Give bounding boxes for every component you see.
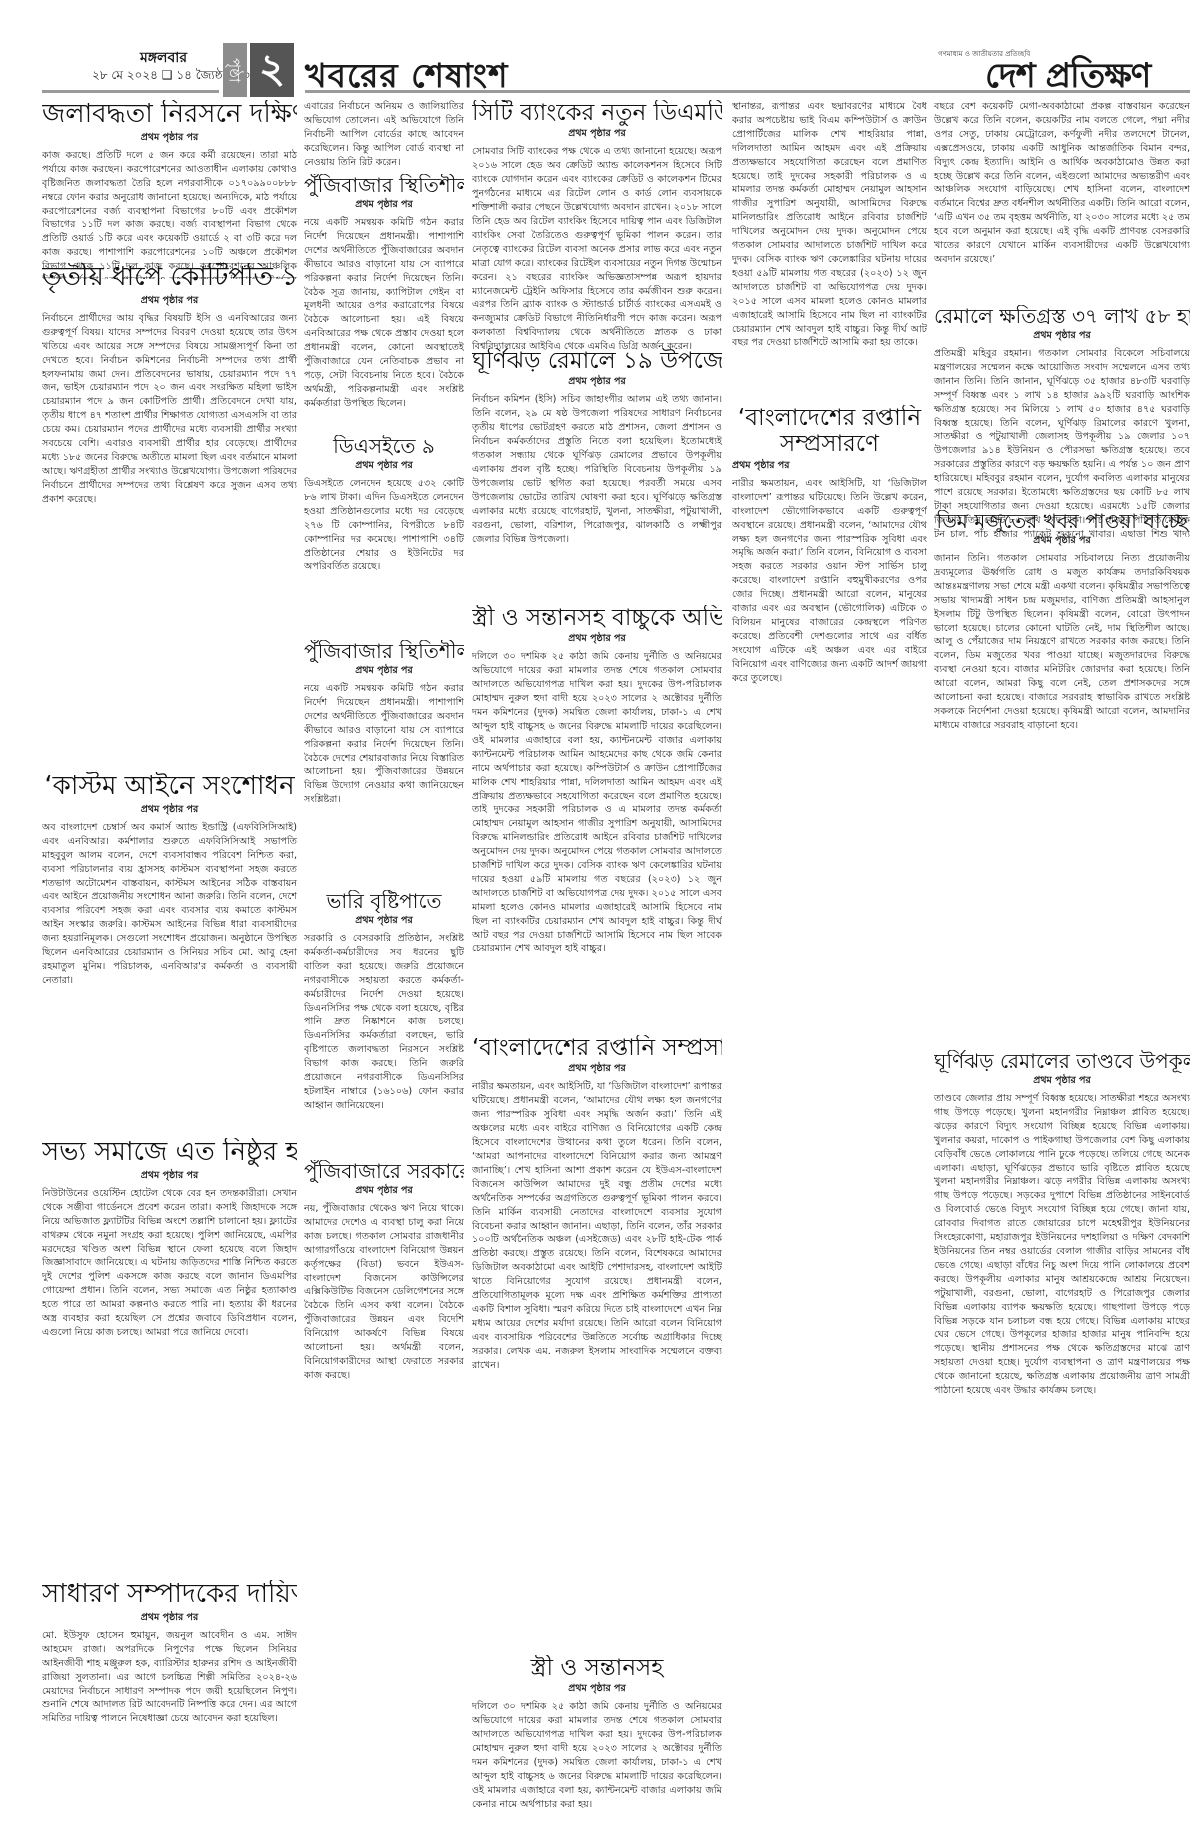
continued-label: প্রথম পৃষ্ঠার পর: [42, 1611, 297, 1626]
article-body: কাজ করছে। প্রতিটি দলে ৫ জন করে কর্মী রয়…: [42, 149, 297, 279]
continued-label: প্রথম পৃষ্ঠার পর: [42, 803, 297, 818]
article-body: নারীর ক্ষমতায়ন, এবং আইসিটি, যা ‘ডিজিটাল…: [732, 477, 927, 1797]
masthead: মঙ্গলবার ২৮ মে ২০২৪ ❑ ১৪ জ্যৈষ্ঠ ১৪৩১ পৃ…: [0, 0, 1200, 88]
article-body: নিউটাউনের ওয়েস্টিন হোটেল থেকে বের হন তদ…: [42, 1187, 297, 1572]
continued-label: প্রথম পৃষ্ঠার পর: [304, 664, 464, 679]
article-body: বছরে বেশ কয়েকটি মেগা-অবকাঠামো প্রকল্প ব…: [934, 100, 1190, 300]
section-title: খবরের শেষাংশ: [305, 50, 509, 106]
article-murder: সভ্য সমাজে এত নিষ্ঠুর হত্যাকাণ্ড হতে প্র…: [42, 1138, 297, 1572]
article-dsex: ডিএসইতে ৯ প্রথম পৃষ্ঠার পর ডিএসইতে লেনদে…: [304, 435, 464, 647]
article-body: দলিলে ৩০ দশমিক ২৫ কাঠা জমি কেনায় দুর্নী…: [472, 650, 722, 1070]
article-body: সরকারি ও বেসরকারি প্রতিষ্ঠান, সংশ্লিষ্ট …: [304, 932, 464, 1167]
masthead-rule-right: [305, 90, 1190, 93]
headline: ‘বাংলাদেশের রপ্তানি সম্প্রসারণে: [732, 405, 927, 458]
article-wife-children-2: স্ত্রী ও সন্তানসহ প্রথম পৃষ্ঠার পর দলিলে…: [472, 1655, 722, 1840]
article-body: তাণ্ডবে জেলার প্রায় সম্পূর্ণ বিধ্বস্ত হ…: [934, 1092, 1190, 1832]
headline: ঘূর্ণিঝড় রেমালের তাণ্ডবে উপকূল: [934, 1050, 1190, 1073]
headline: স্ত্রী ও সন্তানসহ: [472, 1655, 722, 1681]
headline: ডিএসইতে ৯: [304, 435, 464, 458]
article-heavy-rain: ভারি বৃষ্টিপাতে প্রথম পৃষ্ঠার পর সরকারি …: [304, 890, 464, 1167]
article-body: মো. ইউসুফ হোসেন হুমায়ুন, জয়নুল আবেদীন …: [42, 1629, 297, 1843]
article-body: ডিএসইতে লেনদেন হয়েছে ৫৩২ কোটি ৮৬ লাখ টা…: [304, 477, 464, 647]
article-city-bank: সিটি ব্যাংকের নতুন ডিএমডি প্রথম পৃষ্ঠার …: [472, 100, 722, 360]
headline: স্ত্রী ও সন্তানসহ বাচ্চুকে অভিযুক্ত: [472, 605, 722, 631]
article-body: দলিলে ৩০ দশমিক ২৫ কাঠা জমি কেনায় দুর্নী…: [472, 1700, 722, 1840]
continued-label: প্রথম পৃষ্ঠার পর: [472, 632, 722, 647]
continued-label: প্রথম পৃষ্ঠার পর: [472, 375, 722, 390]
newspaper-logo: দেশ প্রতিক্ষণ: [985, 50, 1150, 107]
continued-label: প্রথম পৃষ্ঠার পর: [934, 1074, 1190, 1089]
page-number: ২: [250, 43, 294, 97]
article-body: সোমবার সিটি ব্যাংকের পক্ষ থেকে এ তথ্য জা…: [472, 145, 722, 360]
continued-label: প্রথম পৃষ্ঠার পর: [472, 1062, 722, 1077]
masthead-rule-left: [42, 90, 219, 93]
headline: ভারি বৃষ্টিপাতে: [304, 890, 464, 913]
article-egg-stock: ডিম মজুতের খবর পাওয়া যাচ্ছে প্রথম পৃষ্ঠ…: [934, 510, 1190, 1092]
article-remal-damage: রেমালে ক্ষতিগ্রস্ত ৩৭ লাখ ৫৮ হাজার প্রথম…: [934, 305, 1190, 537]
headline: সিটি ব্যাংকের নতুন ডিএমডি: [472, 100, 722, 126]
article-body: নির্বাচনে প্রার্থীদের আয় বৃদ্ধির বিষয়ট…: [42, 312, 297, 782]
article-capital-market-2: পুঁজিবাজার স্থিতিশীলতা প্রথম পৃষ্ঠার পর …: [304, 640, 464, 892]
article-body: এবারের নির্বাচনে অনিয়ম ও জালিয়াতির অভি…: [304, 100, 464, 170]
continued-label: প্রথম পৃষ্ঠার পর: [472, 1682, 722, 1697]
headline: রেমালে ক্ষতিগ্রস্ত ৩৭ লাখ ৫৮ হাজার: [934, 305, 1190, 328]
continued-label: প্রথম পৃষ্ঠার পর: [42, 1169, 297, 1184]
article-body: অব বাংলাদেশ চেম্বার্স অব কমার্স অ্যান্ড …: [42, 821, 297, 1126]
headline: তৃতীয় ধাপে কোটিপতি ১০৬ প্রার্থী: [42, 263, 297, 293]
article-wife-children: স্ত্রী ও সন্তানসহ বাচ্চুকে অভিযুক্ত প্রথ…: [472, 605, 722, 1070]
continued-label: প্রথম পৃষ্ঠার পর: [304, 459, 464, 474]
continued-label: প্রথম পৃষ্ঠার পর: [304, 1184, 464, 1199]
article-cyclone-upazila: ঘূর্ণিঝড় রেমালে ১৯ উপজেলার প্রথম পৃষ্ঠা…: [472, 348, 722, 618]
headline: পুঁজিবাজার স্থিতিশীলতা: [304, 174, 464, 197]
article-money-laundering: স্থানান্তর, রূপান্তর এবং ছদ্মাবরণের মাধ্…: [732, 100, 927, 395]
headline: পুঁজিবাজারে সরকারের: [304, 1160, 464, 1183]
article-election-appeal: এবারের নির্বাচনে অনিয়ম ও জালিয়াতির অভি…: [304, 100, 464, 170]
continued-label: প্রথম পৃষ্ঠার পর: [304, 914, 464, 929]
headline: ডিম মজুতের খবর পাওয়া যাচ্ছে: [934, 510, 1190, 533]
continued-label: প্রথম পৃষ্ঠার পর: [42, 294, 297, 309]
article-body: নির্বাচন কমিশন (ইসি) সচিব জাহাংগীর আলম এ…: [472, 393, 722, 618]
article-body: নয়ে একটি সমন্বয়ক কমিটি গঠন করার নির্দে…: [304, 216, 464, 441]
headline: পুঁজিবাজার স্থিতিশীলতা: [304, 640, 464, 663]
article-pm-infrastructure: বছরে বেশ কয়েকটি মেগা-অবকাঠামো প্রকল্প ব…: [934, 100, 1190, 300]
article-body: নারীর ক্ষমতায়ন, এবং আইসিটি, যা ‘ডিজিটাল…: [472, 1080, 722, 1660]
continued-label: প্রথম পৃষ্ঠার পর: [732, 459, 927, 474]
article-capital-market-1: পুঁজিবাজার স্থিতিশীলতা প্রথম পৃষ্ঠার পর …: [304, 174, 464, 441]
newspaper-page: জলাবদ্ধতা নিরসনে দক্ষিণ সিটির প্রথম পৃষ্…: [42, 100, 1190, 1835]
headline: ‘কাস্টম আইনে সংশোধন: [42, 772, 297, 802]
headline: সাধারণ সম্পাদকের দায়িত্ব পালনে: [42, 1580, 297, 1610]
page-label: পৃষ্ঠা: [223, 43, 247, 97]
article-millionaires: তৃতীয় ধাপে কোটিপতি ১০৬ প্রার্থী প্রথম প…: [42, 263, 297, 782]
article-body: স্থানান্তর, রূপান্তর এবং ছদ্মাবরণের মাধ্…: [732, 100, 927, 395]
headline: ঘূর্ণিঝড় রেমালে ১৯ উপজেলার: [472, 348, 722, 374]
continued-label: প্রথম পৃষ্ঠার পর: [42, 131, 297, 146]
article-customs: ‘কাস্টম আইনে সংশোধন প্রথম পৃষ্ঠার পর অব …: [42, 772, 297, 1126]
article-body: প্রতিমন্ত্রী মহিবুর রহমান। গতকাল সোমবার …: [934, 347, 1190, 537]
article-export-side: ‘বাংলাদেশের রপ্তানি সম্প্রসারণে প্রথম পৃ…: [732, 405, 927, 1797]
article-capital-market-govt: পুঁজিবাজারে সরকারের প্রথম পৃষ্ঠার পর নয়…: [304, 1160, 464, 1832]
article-dscc: জলাবদ্ধতা নিরসনে দক্ষিণ সিটির প্রথম পৃষ্…: [42, 100, 297, 279]
article-general-secretary: সাধারণ সম্পাদকের দায়িত্ব পালনে প্রথম পৃ…: [42, 1580, 297, 1843]
headline: সভ্য সমাজে এত নিষ্ঠুর হত্যাকাণ্ড হতে: [42, 1138, 297, 1168]
article-body: নয়ে একটি সমন্বয়ক কমিটি গঠন করার নির্দে…: [304, 682, 464, 892]
article-body: নয়, পুঁজিবাজার থেকেও ঋণ নিয়ে থাকে। আমা…: [304, 1202, 464, 1832]
continued-label: প্রথম পৃষ্ঠার পর: [304, 198, 464, 213]
headline: জলাবদ্ধতা নিরসনে দক্ষিণ সিটির: [42, 100, 297, 130]
article-body: জানান তিনি। গতকাল সোমবার সচিবালয়ে নিত্য…: [934, 552, 1190, 1092]
article-cyclone-coast: ঘূর্ণিঝড় রেমালের তাণ্ডবে উপকূল প্রথম পৃ…: [934, 1050, 1190, 1832]
headline: ‘বাংলাদেশের রপ্তানি সম্প্রসারণে: [472, 1035, 722, 1061]
continued-label: প্রথম পৃষ্ঠার পর: [472, 127, 722, 142]
continued-label: প্রথম পৃষ্ঠার পর: [934, 534, 1190, 549]
continued-label: প্রথম পৃষ্ঠার পর: [934, 329, 1190, 344]
article-export-main: ‘বাংলাদেশের রপ্তানি সম্প্রসারণে প্রথম পৃ…: [472, 1035, 722, 1660]
